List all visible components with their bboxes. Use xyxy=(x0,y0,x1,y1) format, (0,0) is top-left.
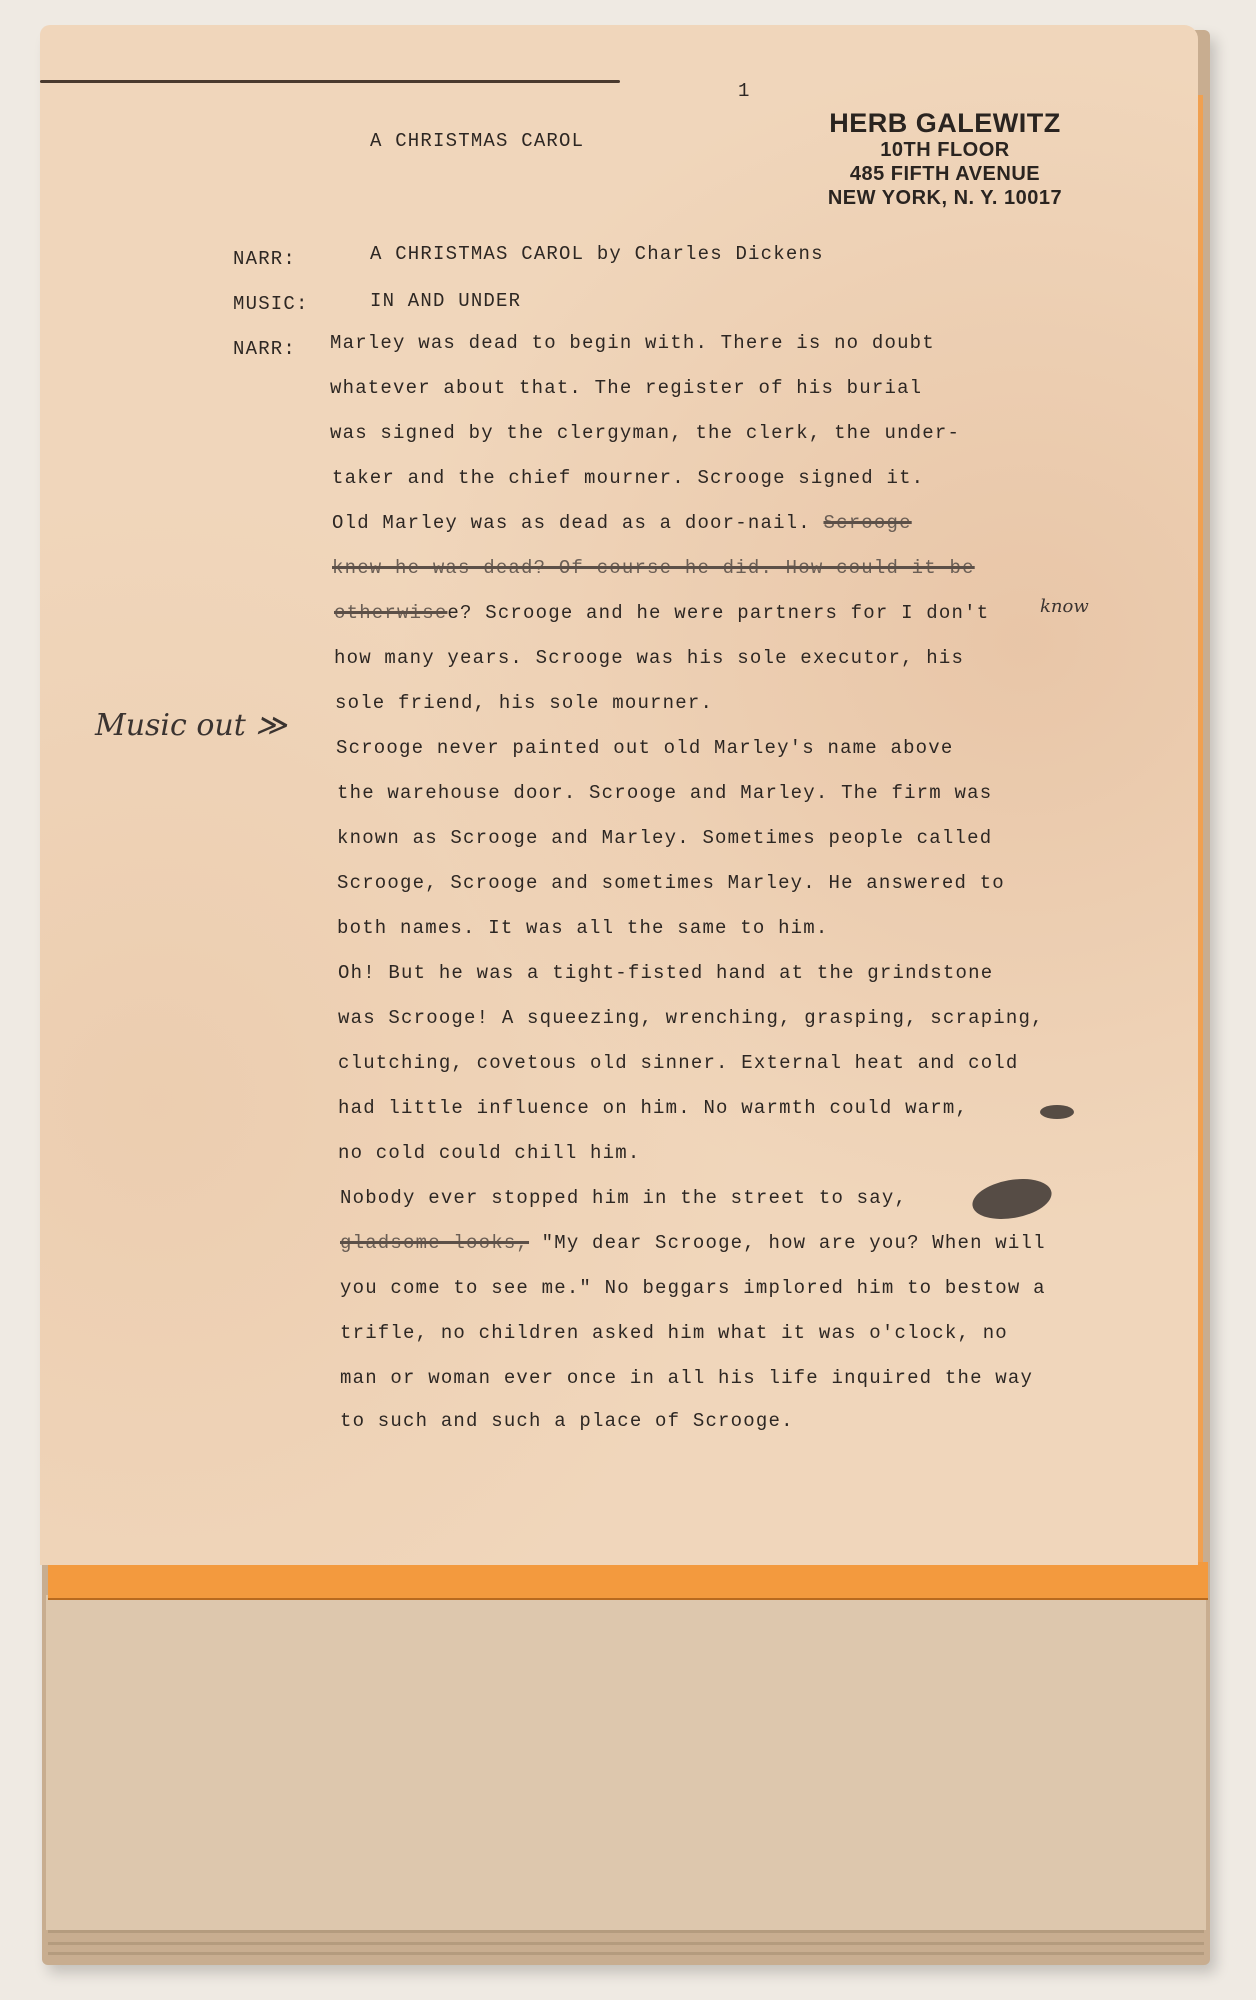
page-title: A CHRISTMAS CAROL xyxy=(370,130,584,152)
body-line: you come to see me." No beggars implored… xyxy=(340,1277,1046,1299)
body-line: Oh! But he was a tight-fisted hand at th… xyxy=(338,962,993,984)
struck-line: knew he was dead? Of course he did. How … xyxy=(332,557,975,579)
body-line: sole friend, his sole mourner. xyxy=(335,692,713,714)
cue-text: Marley was dead to begin with. There is … xyxy=(330,332,935,354)
stamp-line-3: NEW YORK, N. Y. 10017 xyxy=(795,186,1095,210)
body-line: both names. It was all the same to him. xyxy=(337,917,828,939)
cue-text: A CHRISTMAS CAROL by Charles Dickens xyxy=(370,243,824,265)
body-line: gladsome looks, "My dear Scrooge, how ar… xyxy=(340,1232,1046,1254)
body-line: the warehouse door. Scrooge and Marley. … xyxy=(337,782,992,804)
arrow-icon: ≫ xyxy=(255,708,286,743)
fold-line xyxy=(40,80,620,83)
struck-text: gladsome looks, xyxy=(340,1232,529,1254)
struck-text: otherwise xyxy=(334,602,447,624)
stamp-line-1: 10TH FLOOR xyxy=(795,138,1095,162)
body-line: how many years. Scrooge was his sole exe… xyxy=(334,647,964,669)
page-edge xyxy=(48,1930,1204,1933)
body-line: to such and such a place of Scrooge. xyxy=(340,1410,794,1432)
body-line: clutching, covetous old sinner. External… xyxy=(338,1052,1019,1074)
handwritten-margin-note: Music out ≫ xyxy=(95,708,287,743)
body-line: had little influence on him. No warmth c… xyxy=(338,1097,968,1119)
body-line: no cold could chill him. xyxy=(338,1142,640,1164)
cue-label: NARR: xyxy=(233,338,296,360)
page-edge xyxy=(48,1942,1204,1945)
handwritten-insert: know xyxy=(1040,596,1089,617)
struck-text: Scrooge xyxy=(823,512,911,534)
orange-cover-strip xyxy=(48,1562,1208,1600)
stamp-line-2: 485 FIFTH AVENUE xyxy=(795,162,1095,186)
margin-note-text: Music out xyxy=(95,708,246,743)
page-number: 1 xyxy=(738,80,751,102)
cue-label: NARR: xyxy=(233,248,296,270)
body-line: was signed by the clergyman, the clerk, … xyxy=(330,422,960,444)
body-line: Scrooge, Scrooge and sometimes Marley. H… xyxy=(337,872,1005,894)
page-edge xyxy=(48,1952,1204,1955)
scribble-mark xyxy=(1040,1105,1074,1119)
body-text: Old Marley was as dead as a door-nail. xyxy=(332,512,811,534)
body-line: whatever about that. The register of his… xyxy=(330,377,922,399)
lower-page xyxy=(46,1595,1206,1930)
body-text: e? Scrooge and he were partners for I do… xyxy=(447,602,989,624)
body-line: Nobody ever stopped him in the street to… xyxy=(340,1187,907,1209)
body-line: taker and the chief mourner. Scrooge sig… xyxy=(332,467,924,489)
cue-label: MUSIC: xyxy=(233,293,309,315)
body-line: known as Scrooge and Marley. Sometimes p… xyxy=(337,827,992,849)
body-line: otherwisee? Scrooge and he were partners… xyxy=(334,602,989,624)
cue-text: IN AND UNDER xyxy=(370,290,521,312)
body-line: was Scrooge! A squeezing, wrenching, gra… xyxy=(338,1007,1044,1029)
body-line: trifle, no children asked him what it wa… xyxy=(340,1322,1008,1344)
body-line: Old Marley was as dead as a door-nail. S… xyxy=(332,512,912,534)
stamp-name: HERB GALEWITZ xyxy=(795,108,1095,138)
body-line: Scrooge never painted out old Marley's n… xyxy=(336,737,954,759)
body-line: man or woman ever once in all his life i… xyxy=(340,1367,1033,1389)
body-text: "My dear Scrooge, how are you? When will xyxy=(542,1232,1046,1254)
address-stamp: HERB GALEWITZ 10TH FLOOR 485 FIFTH AVENU… xyxy=(795,108,1095,210)
